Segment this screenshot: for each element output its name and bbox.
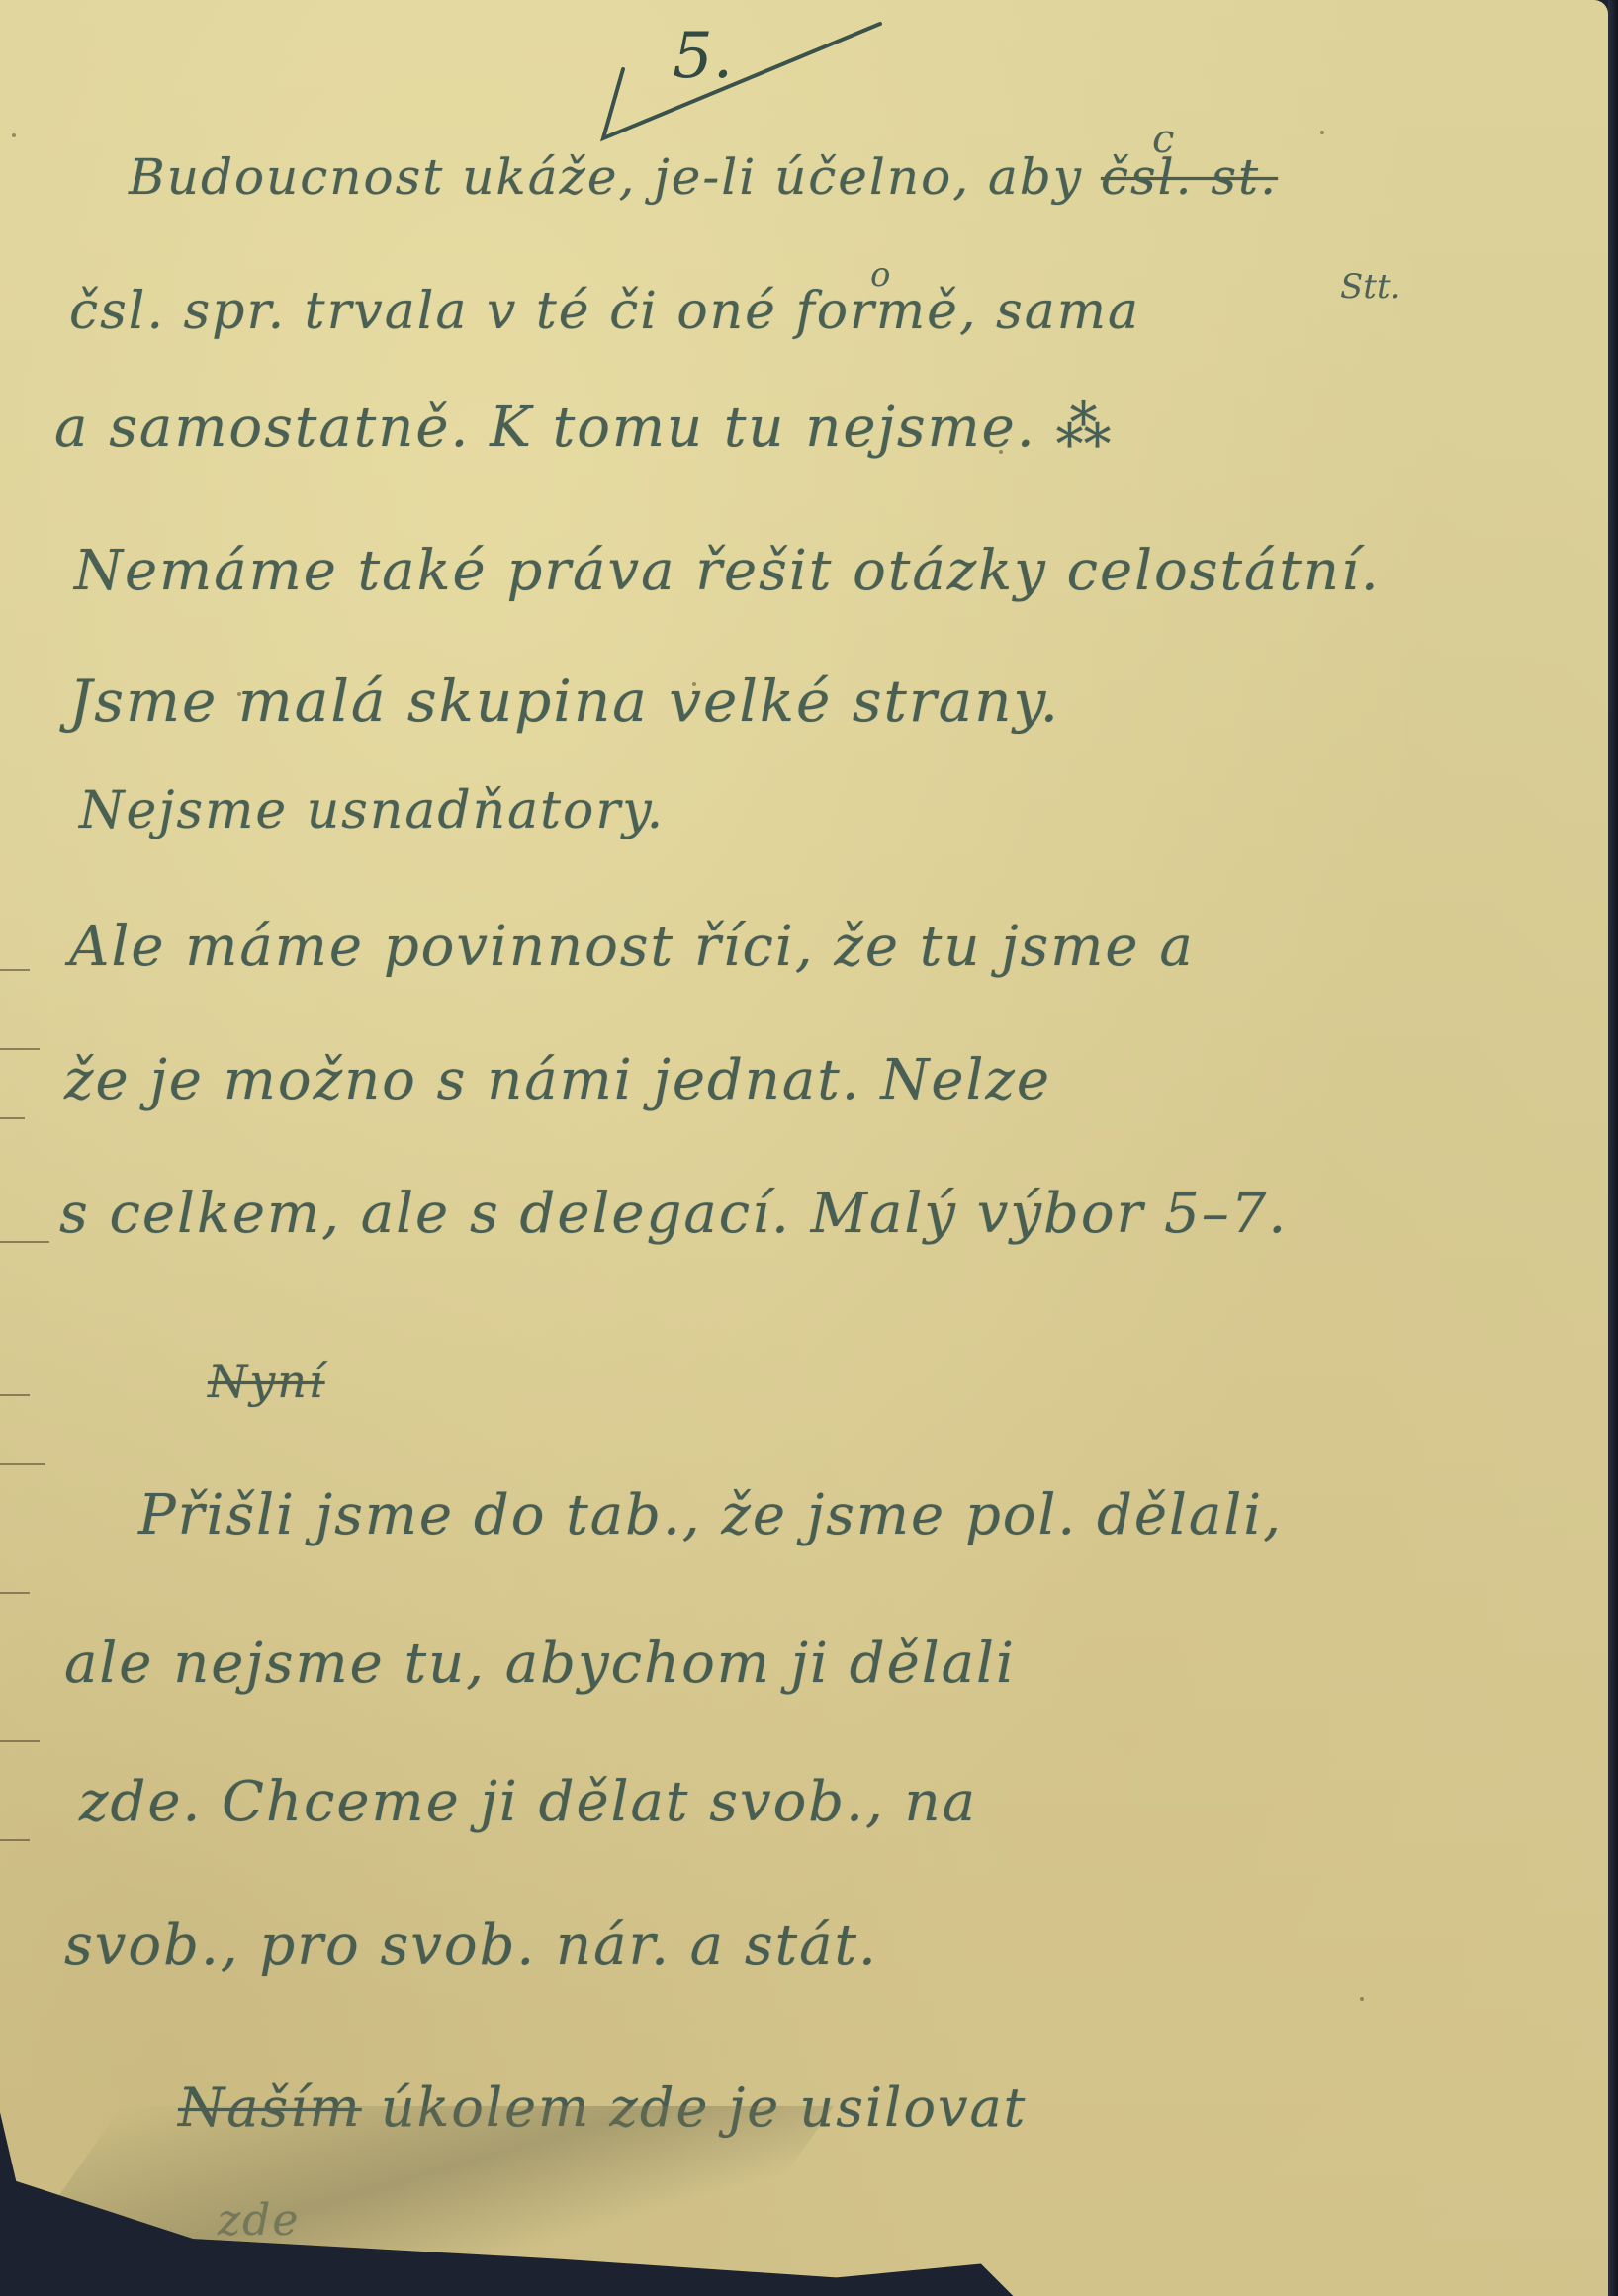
handwritten-line: Jsme malá skupina velké strany. bbox=[69, 667, 1060, 735]
handwritten-line: a samostatně. K tomu tu nejsme. ⁂ bbox=[54, 396, 1113, 460]
margin-mark: ⁂ bbox=[1055, 396, 1113, 460]
line-text: Budoucnost ukáže, je-li účelno, aby bbox=[129, 148, 1083, 206]
line-text: s celkem, ale s delegací. Malý výbor 5–7… bbox=[59, 1182, 1288, 1246]
line-text: a samostatně. K tomu tu nejsme. bbox=[54, 396, 1036, 460]
page-number-mark: 5. bbox=[584, 10, 920, 148]
struck-text: Naším bbox=[178, 2076, 362, 2139]
handwritten-line: Nejsme usnadňatory. bbox=[79, 781, 665, 840]
line-text: Jsme malá skupina velké strany. bbox=[69, 667, 1060, 735]
line-text: zde. Chceme ji dělat svob., na bbox=[79, 1770, 977, 1834]
struck-text: Nyní bbox=[208, 1355, 325, 1408]
handwritten-line: Nemáme také práva řešit otázky celostátn… bbox=[74, 539, 1381, 603]
page-edge-shadow bbox=[1608, 0, 1618, 2296]
handwritten-line: Ale máme povinnost říci, že tu jsme a bbox=[69, 915, 1195, 979]
line-text: úkolem zde je usilovat bbox=[381, 2076, 1028, 2139]
line-text: čsl. spr. trvala v té či oné formě, sama bbox=[69, 282, 1140, 341]
line-text: Nemáme také práva řešit otázky celostátn… bbox=[74, 539, 1381, 603]
handwritten-line: ale nejsme tu, abychom ji dělali bbox=[64, 1632, 1016, 1696]
line-text: Ale máme povinnost říci, že tu jsme a bbox=[69, 915, 1195, 979]
handwritten-line: Nyní bbox=[208, 1355, 325, 1408]
line-text: ale nejsme tu, abychom ji dělali bbox=[64, 1632, 1016, 1696]
line-text: Přišli jsme do tab., že jsme pol. dělali… bbox=[138, 1483, 1283, 1547]
page-number: 5. bbox=[673, 20, 733, 93]
handwritten-line: Naším úkolem zde je usilovat bbox=[178, 2076, 1027, 2139]
struck-text: čsl. st. bbox=[1101, 148, 1278, 206]
line-text: svob., pro svob. nár. a stát. bbox=[64, 1913, 878, 1978]
handwritten-line: zde bbox=[218, 2195, 300, 2246]
page-number-bracket-icon bbox=[584, 10, 920, 148]
left-margin-marks bbox=[0, 969, 59, 1859]
insertion-mark: Stt. bbox=[1340, 267, 1400, 307]
handwritten-line: zde. Chceme ji dělat svob., na bbox=[79, 1770, 977, 1834]
handwritten-line: že je možno s námi jednat. Nelze bbox=[64, 1048, 1051, 1112]
manuscript-page: 5. c Stt. o Budoucnost ukáže, je-li účel… bbox=[0, 0, 1608, 2296]
handwritten-line: čsl. spr. trvala v té či oné formě, sama bbox=[69, 282, 1140, 341]
handwritten-line: s celkem, ale s delegací. Malý výbor 5–7… bbox=[59, 1182, 1288, 1246]
handwritten-line: Budoucnost ukáže, je-li účelno, aby čsl.… bbox=[129, 148, 1278, 206]
handwritten-line: Přišli jsme do tab., že jsme pol. dělali… bbox=[138, 1483, 1283, 1547]
line-text: že je možno s námi jednat. Nelze bbox=[64, 1048, 1051, 1112]
handwritten-line: svob., pro svob. nár. a stát. bbox=[64, 1913, 878, 1978]
line-text: zde bbox=[218, 2195, 300, 2246]
line-text: Nejsme usnadňatory. bbox=[79, 781, 665, 840]
